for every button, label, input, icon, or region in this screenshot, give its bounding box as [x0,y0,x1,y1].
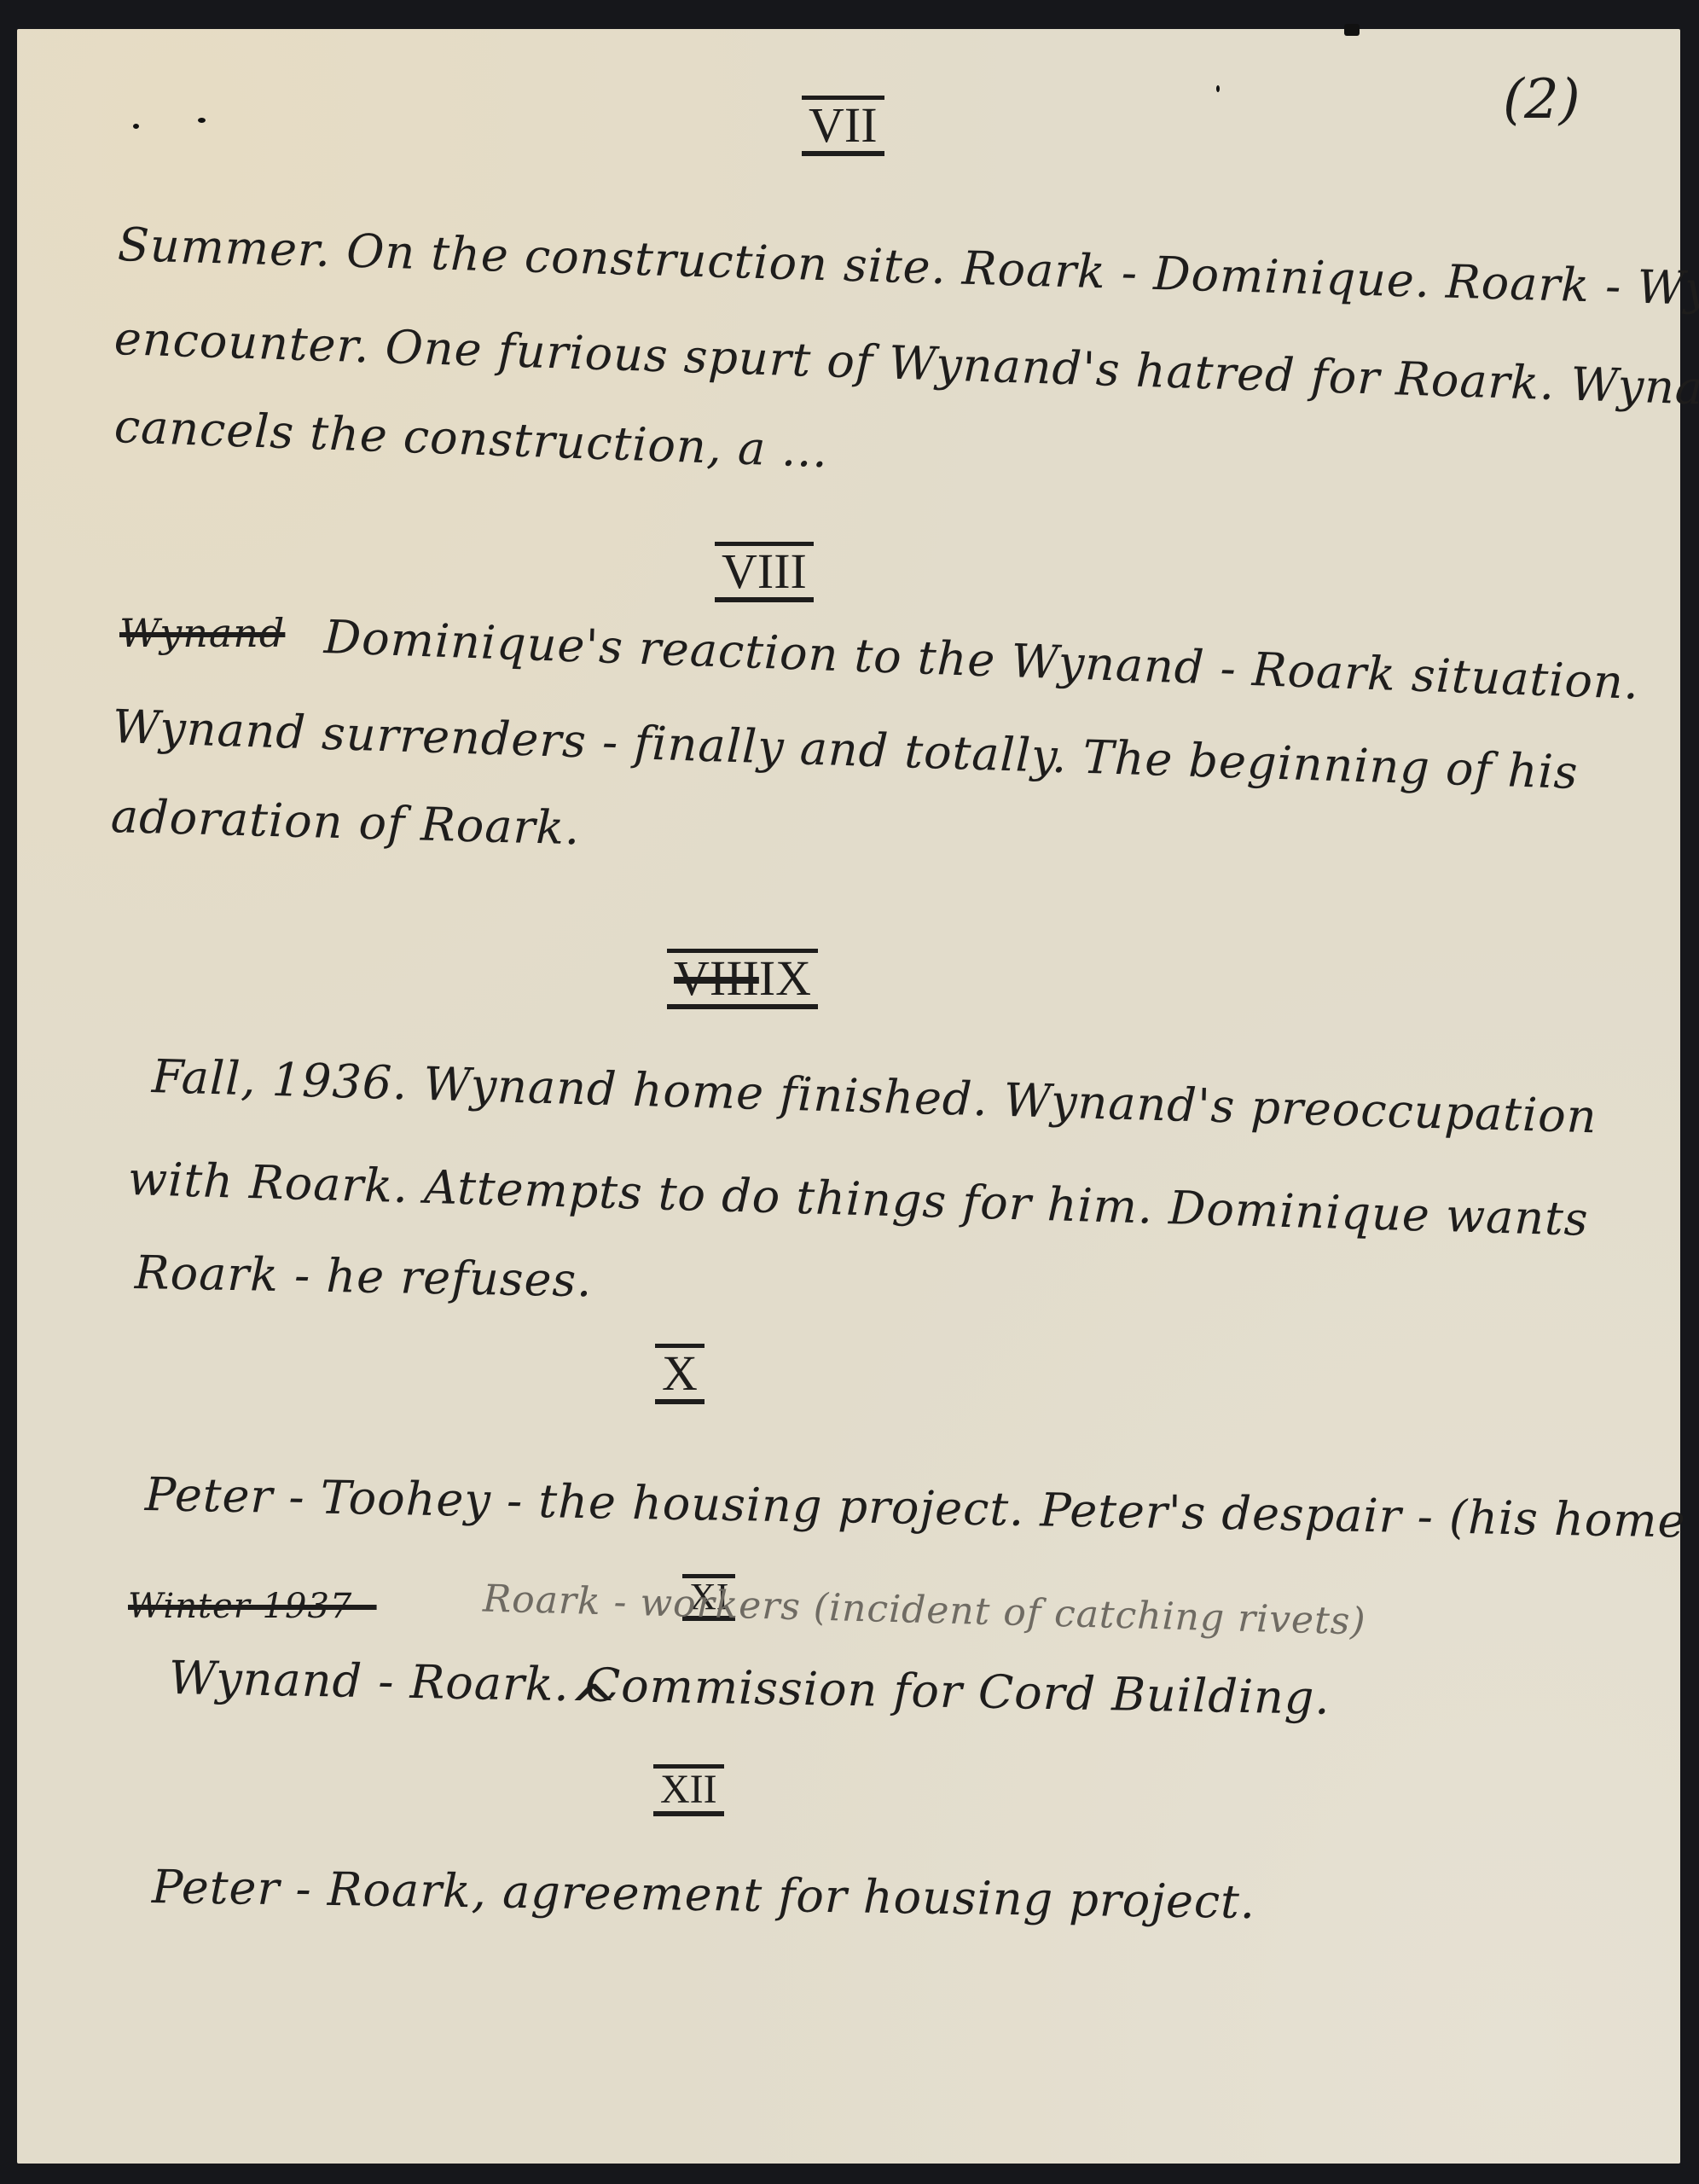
section-numeral-x: X [655,1344,705,1404]
section-ix-line-3: Roark - he refuses. [134,1246,592,1307]
numeral-text: IX [759,950,811,1006]
struck-numeral: VIII [674,950,759,1006]
section-numeral-vii: VII [802,96,884,156]
section-numeral-ix: VIIIIX [667,949,818,1009]
struck-date: Winter 1937 - [128,1587,377,1626]
ink-dot [198,118,206,123]
struck-word: Wynand [119,610,285,656]
section-numeral-viii: VIII [715,542,814,602]
ink-dot [1216,85,1220,92]
page-tear-mark [1344,24,1360,36]
ink-dot [133,124,139,129]
section-numeral-xii: XII [653,1764,724,1816]
page-number: (2) [1503,68,1580,131]
